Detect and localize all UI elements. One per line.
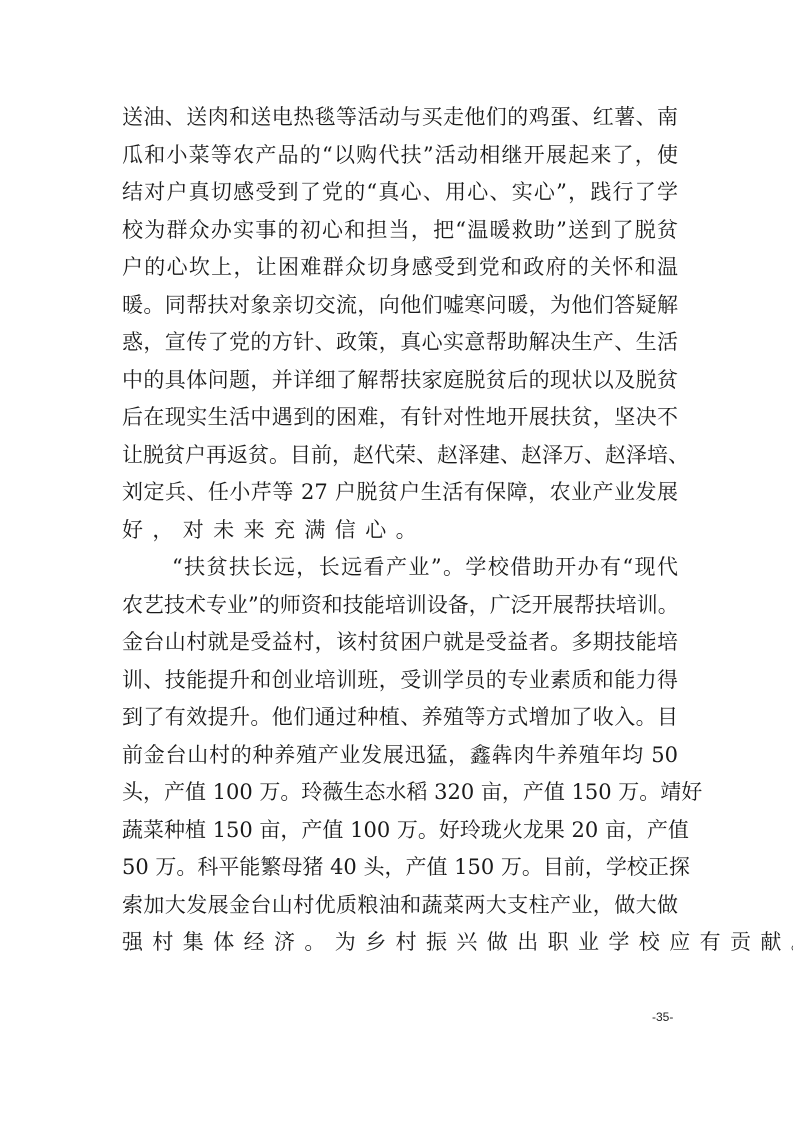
body-text: 送油、送肉和送电热毯等活动与买走他们的鸡蛋、红薯、南 瓜和小菜等农产品的“以购代… [122, 99, 678, 962]
text-line: 金台山村就是受益村，该村贫困户就是受益者。多期技能培 [122, 624, 678, 662]
text-line: 后在现实生活中遇到的困难，有针对性地开展扶贫，坚决不 [122, 399, 678, 437]
text-line: 让脱贫户再返贫。目前，赵代荣、赵泽建、赵泽万、赵泽培、 [122, 437, 678, 475]
text-line: 刘定兵、任小芹等 27 户脱贫户生活有保障，农业产业发展 [122, 474, 678, 512]
text-line: 头，产值 100 万。玲薇生态水稻 320 亩，产值 150 万。靖好 [122, 774, 678, 812]
text-line: 前金台山村的种养殖产业发展迅猛，鑫犇肉牛养殖年均 50 [122, 737, 678, 775]
text-line: 强村集体经济。为乡村振兴做出职业学校应有贡献。 [122, 924, 678, 962]
text-line: 送油、送肉和送电热毯等活动与买走他们的鸡蛋、红薯、南 [122, 99, 678, 137]
text-line: 农艺技术专业”的师资和技能培训设备，广泛开展帮扶培训。 [122, 587, 678, 625]
text-line: 训、技能提升和创业培训班，受训学员的专业素质和能力得 [122, 662, 678, 700]
text-line: 50 万。科平能繁母猪 40 头，产值 150 万。目前，学校正探 [122, 849, 678, 887]
text-line: 蔬菜种植 150 亩，产值 100 万。好玲珑火龙果 20 亩，产值 [122, 812, 678, 850]
text-line: 结对户真切感受到了党的“真心、用心、实心”，践行了学 [122, 174, 678, 212]
text-line: 暖。同帮扶对象亲切交流，向他们嘘寒问暖，为他们答疑解 [122, 287, 678, 325]
text-line: 中的具体问题，并详细了解帮扶家庭脱贫后的现状以及脱贫 [122, 362, 678, 400]
text-line: 校为群众办实事的初心和担当，把“温暖救助”送到了脱贫 [122, 212, 678, 250]
text-line: 惑，宣传了党的方针、政策，真心实意帮助解决生产、生活 [122, 324, 678, 362]
page-number: -35- [652, 1010, 673, 1024]
text-line: 瓜和小菜等农产品的“以购代扶”活动相继开展起来了，使 [122, 137, 678, 175]
text-line: 好，对未来充满信心。 [122, 512, 678, 550]
text-line: 到了有效提升。他们通过种植、养殖等方式增加了收入。目 [122, 699, 678, 737]
text-line-indented: “扶贫扶长远，长远看产业”。学校借助开办有“现代 [122, 549, 678, 587]
text-line: 户的心坎上，让困难群众切身感受到党和政府的关怀和温 [122, 249, 678, 287]
text-line: 索加大发展金台山村优质粮油和蔬菜两大支柱产业，做大做 [122, 887, 678, 925]
document-page: 送油、送肉和送电热毯等活动与买走他们的鸡蛋、红薯、南 瓜和小菜等农产品的“以购代… [0, 0, 793, 1122]
